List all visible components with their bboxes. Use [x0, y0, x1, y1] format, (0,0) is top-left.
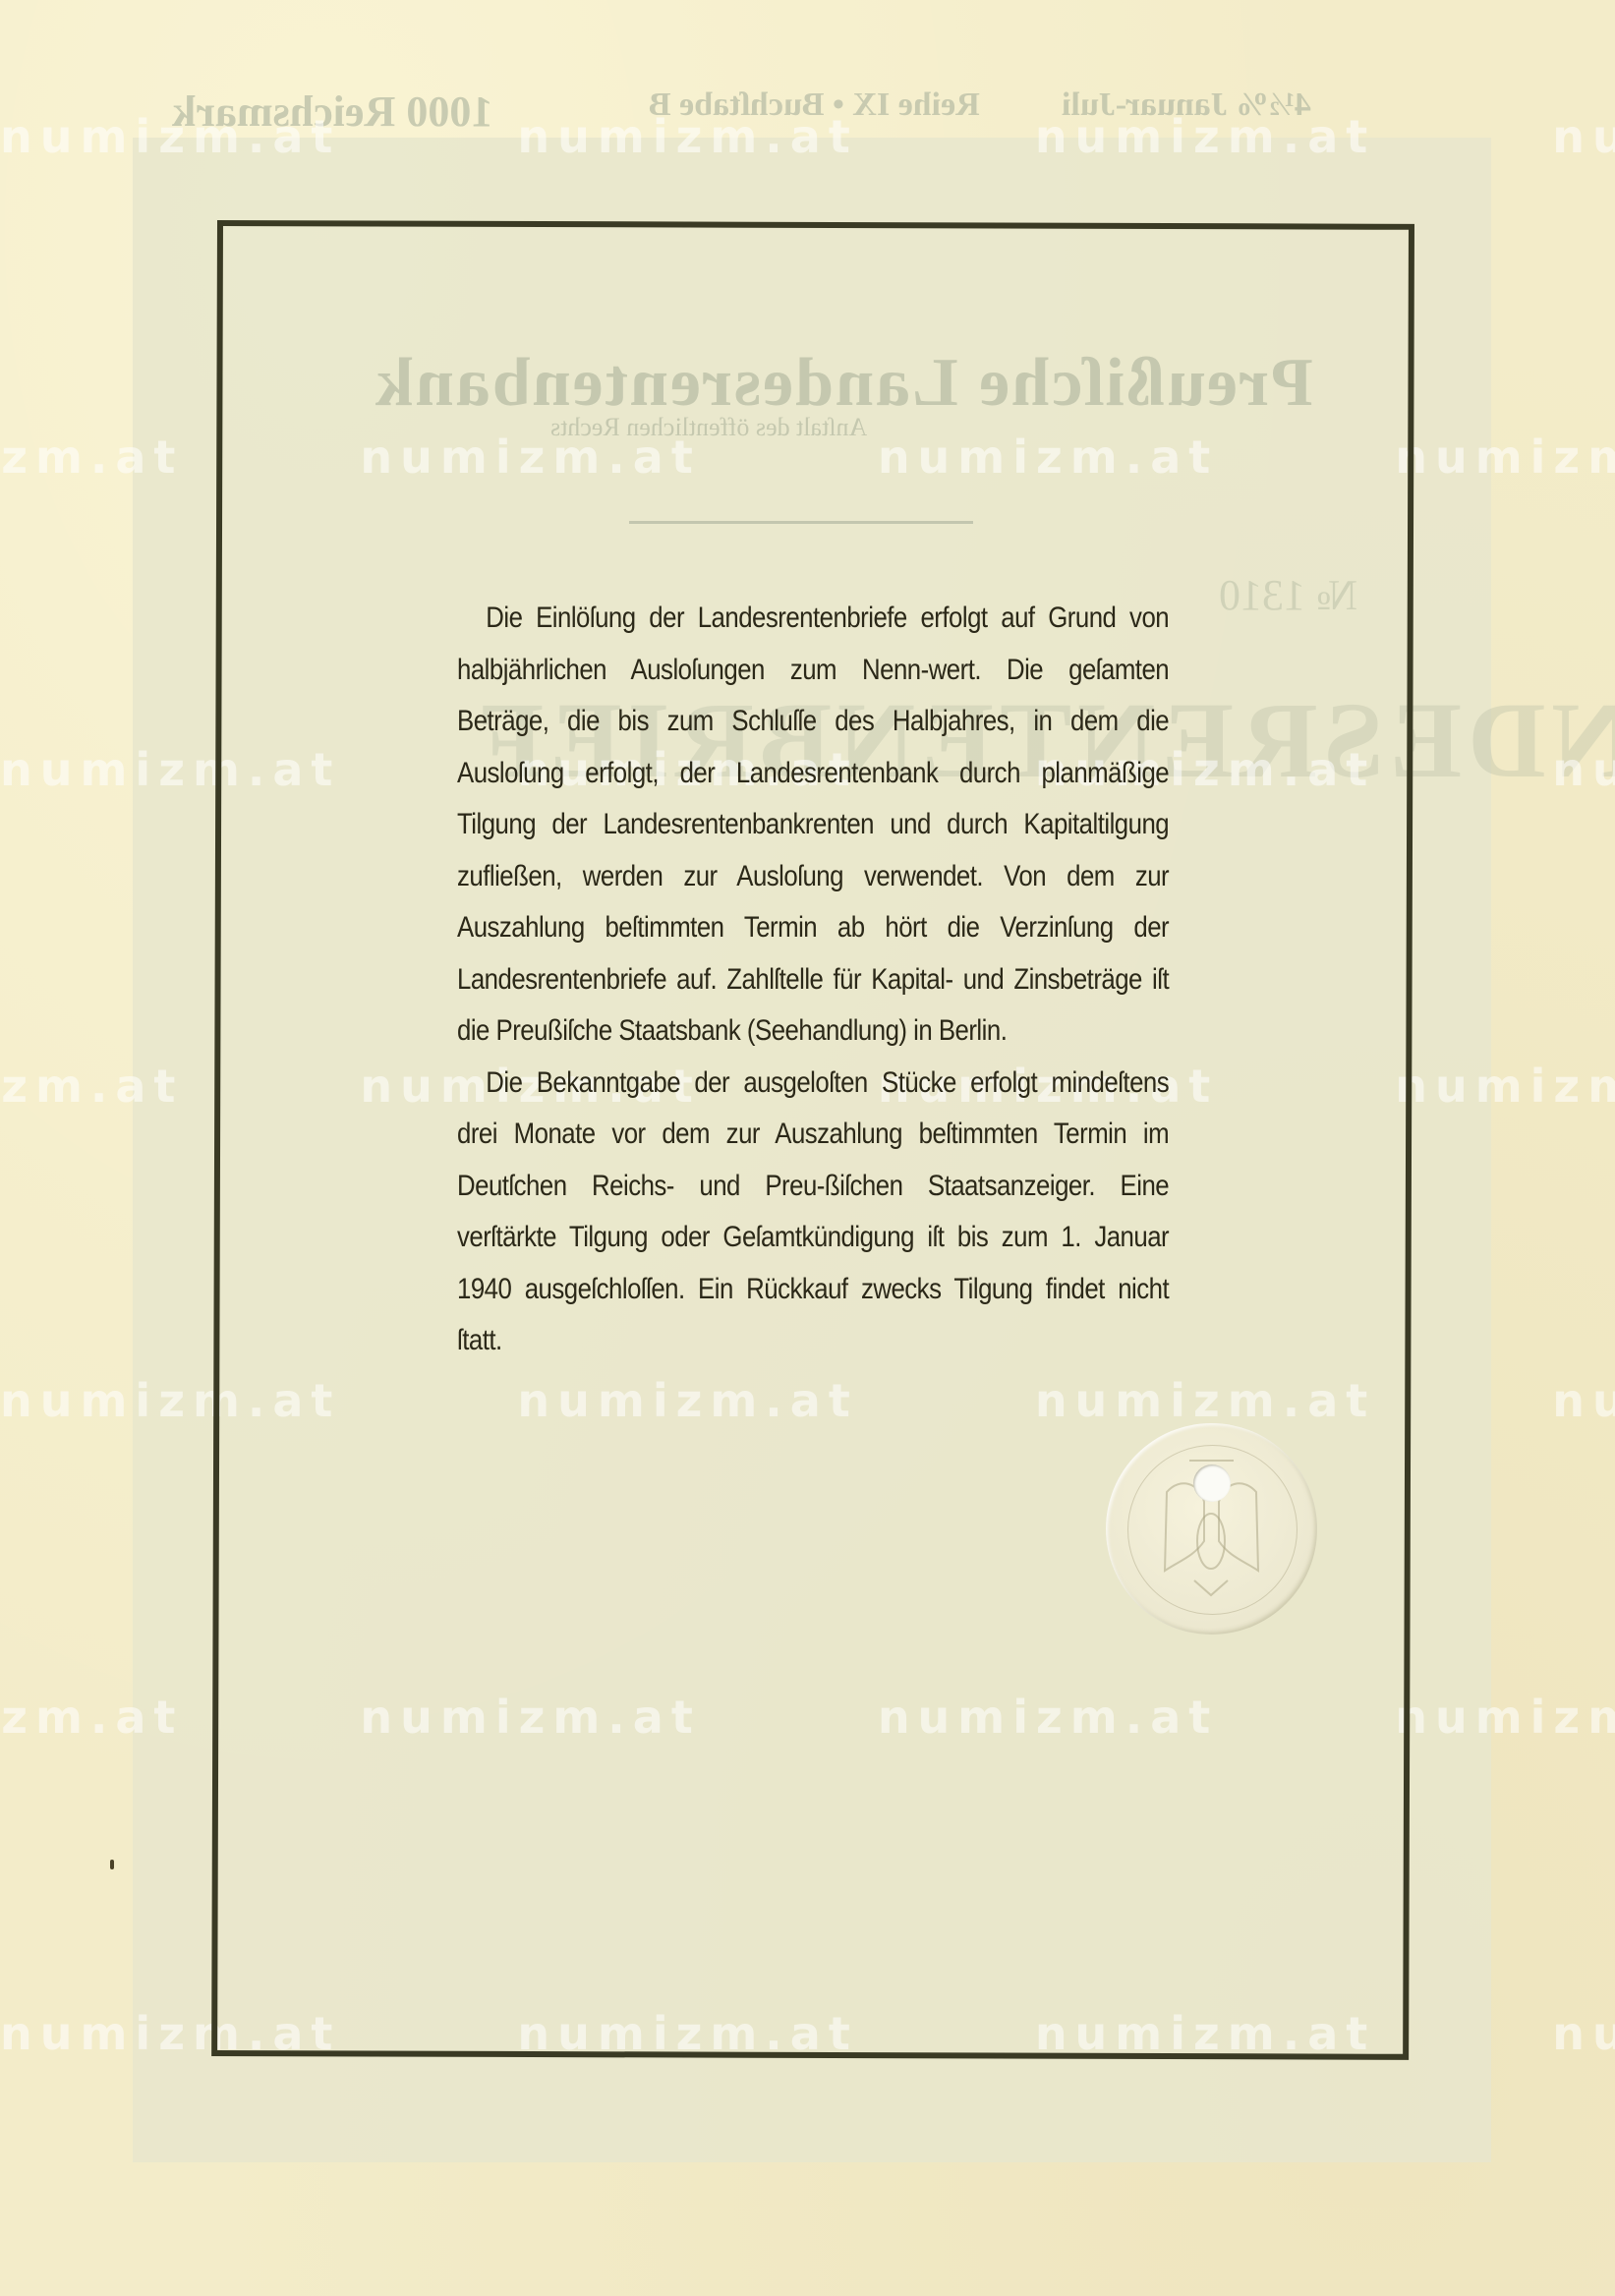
paragraph-redemption: Die Einlöſung der Landesrentenbriefe erf…: [457, 593, 1169, 1058]
paragraph-announcement: Die Bekanntgabe der ausgeloſten Stücke e…: [457, 1058, 1169, 1367]
redemption-terms-text: Die Einlöſung der Landesrentenbriefe erf…: [457, 593, 1169, 1367]
embossed-eagle-seal-icon: [1106, 1423, 1317, 1635]
watermark: numizm.atnumizm.atnumizm.atnumizm.at: [0, 110, 1615, 163]
cancellation-punch-hole: [1193, 1464, 1231, 1502]
paper-mark: [110, 1860, 114, 1869]
eagle-emblem-icon: [1106, 1423, 1317, 1635]
